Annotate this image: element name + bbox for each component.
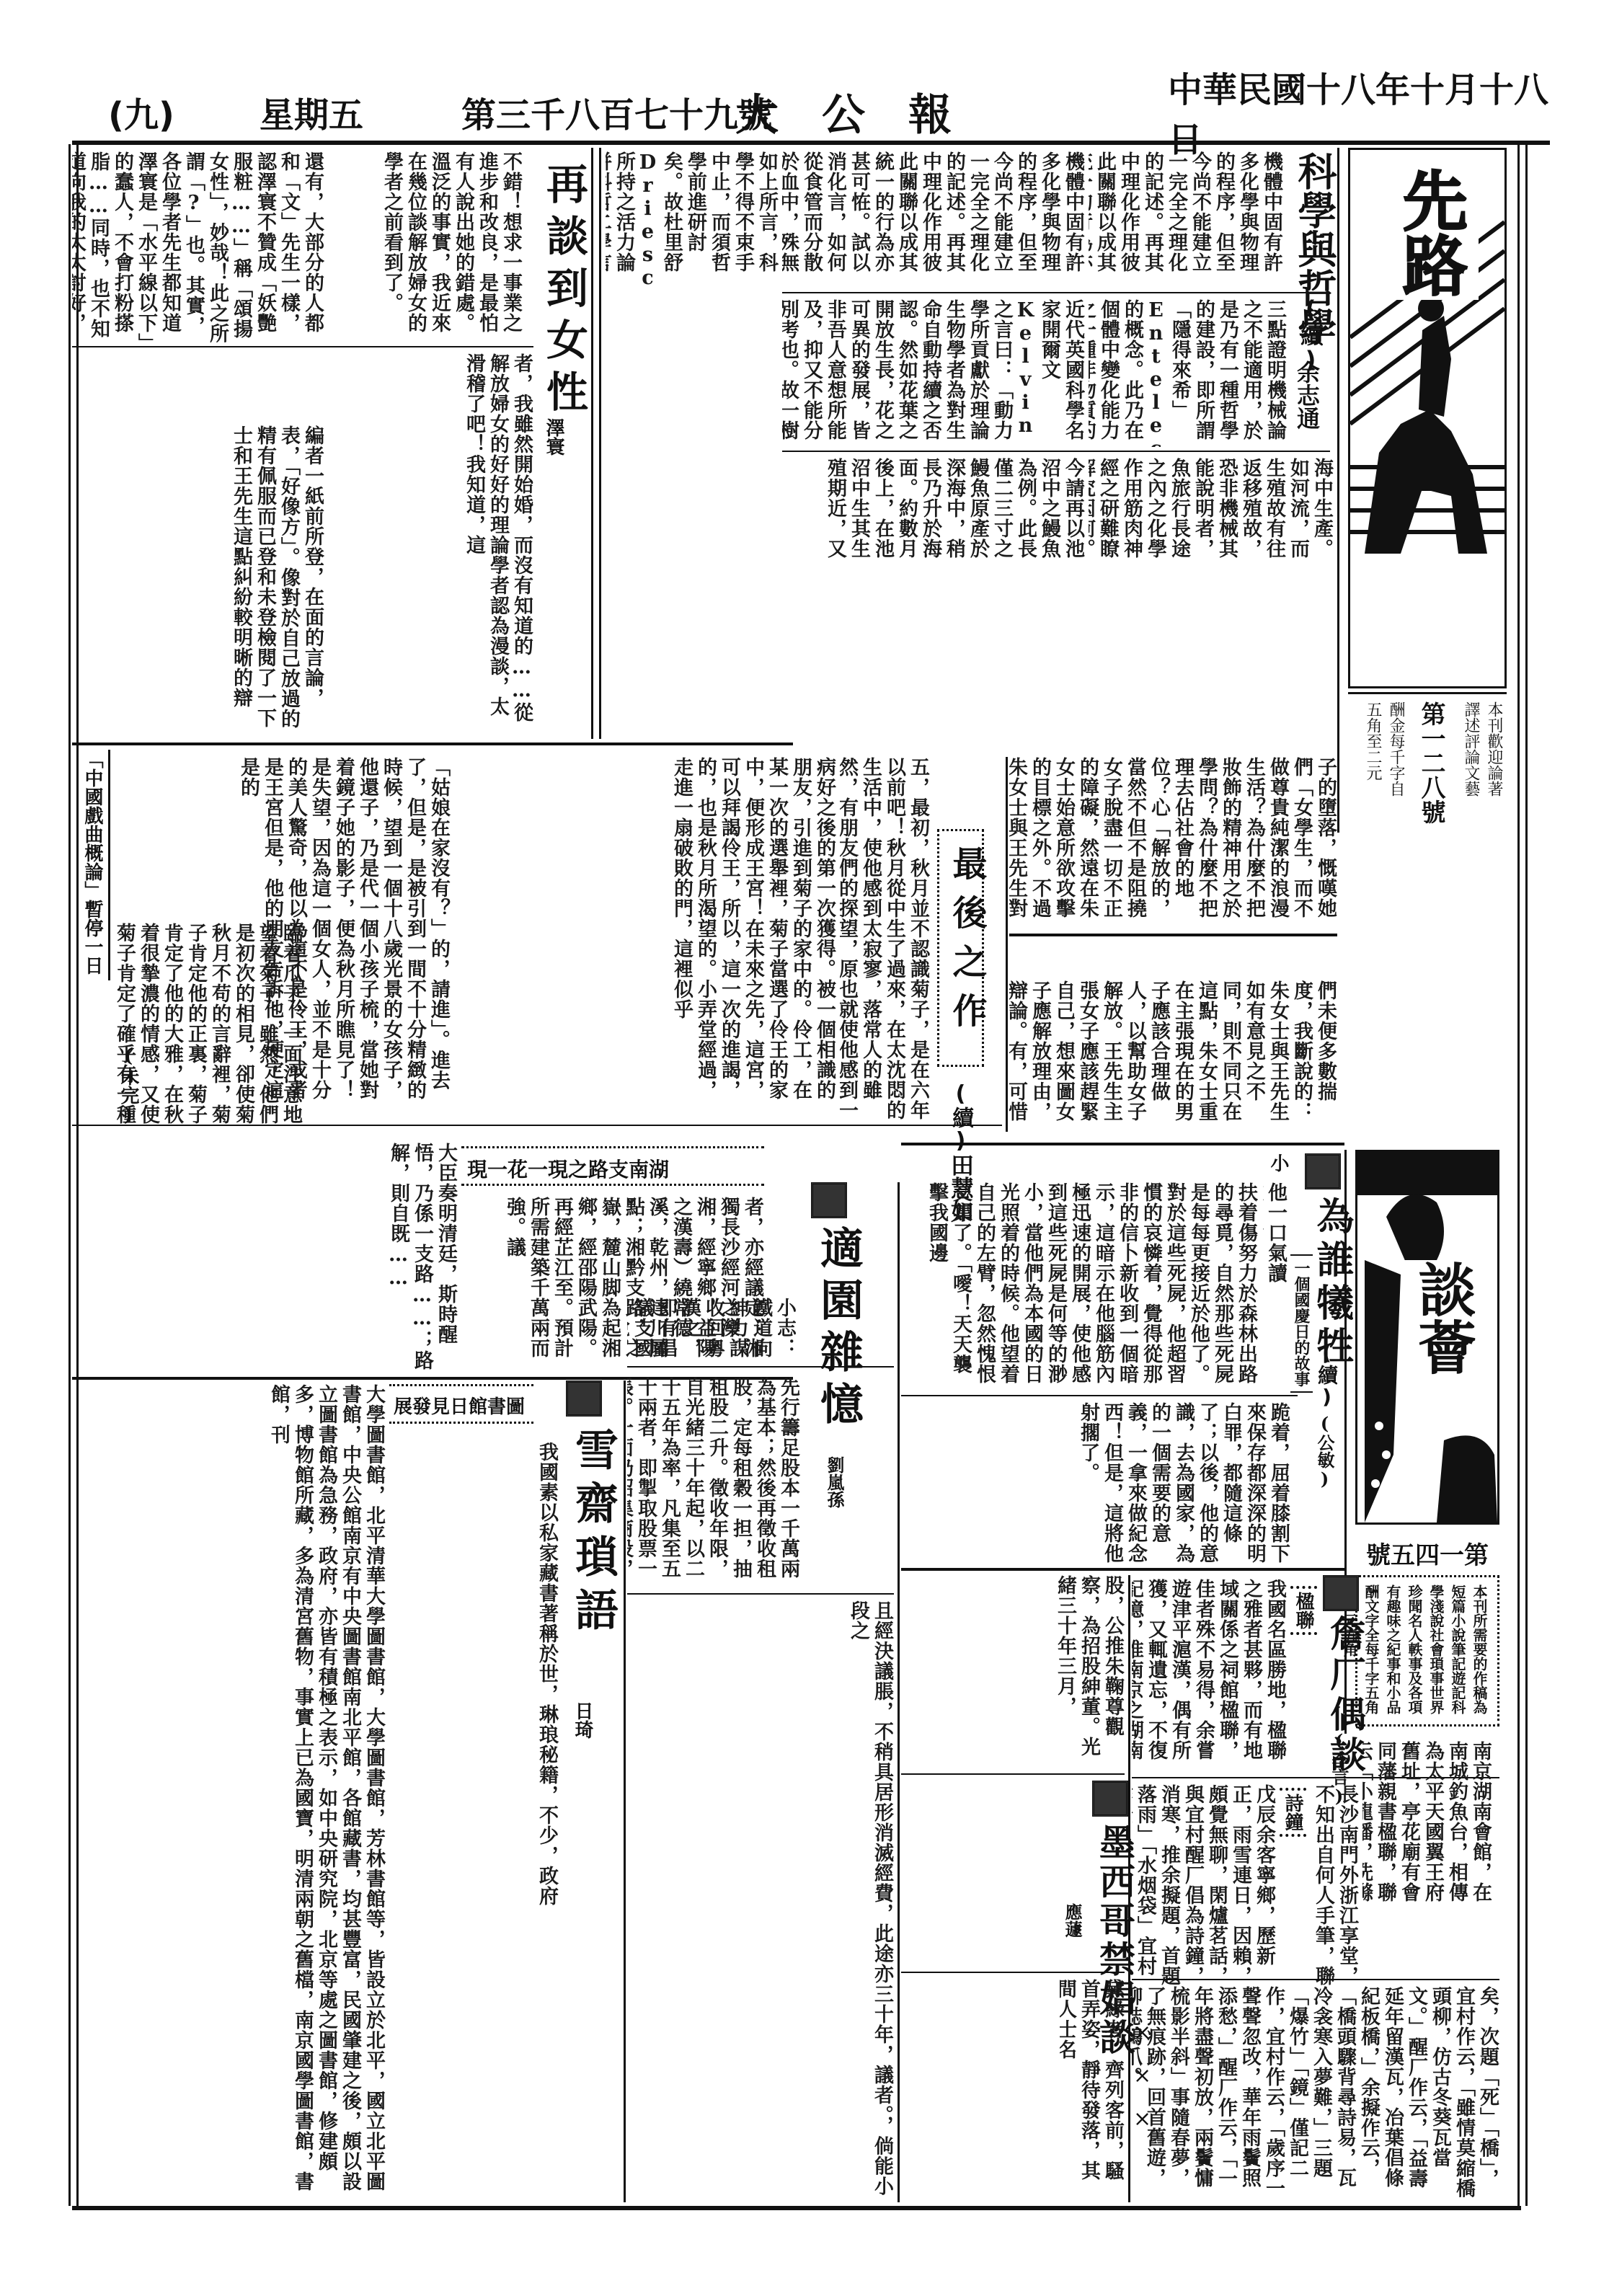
zhanchang-icon [1323,1575,1359,1614]
rule [901,1773,1125,1775]
science-philosophy-author: 余志通 [1290,360,1324,430]
zhanchang-section-poetry-bell: 詩鐘 [1280,1788,1306,1837]
editor-reply-para-1: 子的墮落，慨嘆她們「女學生，而不做尊貴純潔的浪漫生活？為什麼不把妝飾的精神用之於… [1009,757,1337,930]
column-divider [108,750,110,980]
page-number: (九) [108,87,174,137]
zhanchang-para-3: 長沙南門外浙江享堂，不知出自何人手筆，聯云「草綠湖南，猿巳錄披報端，尚有一佳，不… [1312,1784,1359,2000]
weekday: 星期五 [260,87,363,137]
library-caption-box: 圖書館日見發展 [389,1384,533,1424]
bottom-rule [72,2206,1521,2210]
rule [901,1568,1344,1571]
rule [1009,934,1337,936]
last-work-para-4: 臨着瓜子，一面注意地望着菊子。雖然，他們是初次的相見，卻使菊秋月不苟的言辭裡，菊… [115,923,303,1132]
women-again-author: 澤寰 [541,418,567,456]
mexico-para-1: 股，公推朱鞠尊觀察，為招股紳董。光緒三十年三月， [901,1575,1125,1770]
science-philosophy-para-5: 今請再以池沼中之鰻魚為例。此長僅二三寸之鰻魚原產於深海中，稍長乃升於海面。約數月… [782,458,1085,573]
mexico-icon [1092,1781,1128,1819]
decorative-square-icon [566,1380,602,1417]
library-caption: 圖書館日見發展 [394,1392,525,1419]
xianlu-notice: 本刊歡迎論著 譯述評論文藝 第一二八號 酬金每千字自 五角至二元 [1348,692,1507,829]
forwhom-subtitle: 一個國慶日的故事 [1290,1254,1313,1393]
science-philosophy-para-4: 近代英國科學名家開爾文Kelvin之言曰：「動力學所貢獻於理論生物學者為對生命自… [782,299,1085,447]
women-again-title: 再談到女性 [533,162,594,422]
rule [627,1593,894,1595]
library-para-1: 大學圖書館，北平清華大學圖書館，大學圖書館，芳林書館等，皆設立於北平，國立北平圖… [76,1384,386,2199]
xianlu-issue-label: 第一二八號 [1414,701,1449,824]
science-philosophy-para-6: 海中生產。如河流，而生殖故有往返移殖故，恐非機械其能說明者，魚旅行長途之內之化學… [1089,458,1334,573]
science-philosophy-para-1b: 機體中固有許多化學與物理的程序，但至今尚不能建立一完全之理化的記述。再其中理化作… [782,151,1085,292]
zhanchang-section-couplets: 楹聯 [1290,1586,1317,1635]
xianlu-notice-4: 五角至二元 [1363,701,1383,824]
xuezhai-title: 雪齋瑣語 [562,1427,624,1641]
shiyuan-author: 劉嵐孫 [822,1456,847,1508]
rule [901,1395,1298,1396]
separator-x-1: × [1133,2011,1151,2055]
publication-date: 中華民國十八年十月十八日 [1168,62,1564,161]
forwhom-small-tag: 小 [1265,1153,1292,1172]
column-divider [1006,757,1008,1132]
shiyuan-para-1: 小志：鐵道向紳力謀收回粵漢之，即有倡議支國有說，雖之國，公議，則已辦，公司，督辦… [627,1298,797,1366]
separator-x-2: × [1133,2055,1151,2098]
tanhui-banner: 談薈 [1355,1150,1499,1525]
xianlu-notice-3: 酬金每千字自 [1386,701,1406,824]
science-philosophy-para-2: 如上所言，科學不得不束手中止，而須哲學前進研討矣。故杜里舒Driesch所持之活… [606,151,779,292]
zhanchang-para-4: 戊辰余客寧鄉，歷新正，雨雪連日，因賴，頗覺無聊，閑爐茗話，與宜村醒厂倡為詩鐘，消… [1132,1784,1276,1986]
forwhom-para-1: 他一口氣讀完，含 [1263,1182,1288,1290]
mexico-author: 應蘧 [1060,1903,1085,1938]
women-again-para-3: 者，我雖然開始婚，而沒有知道的……從解放婦女的好好的理論學者認為漫談，太滑稽了吧… [328,353,533,735]
forwhom-para-3: 跪着，屈着膝割下來保存都深深的明白罪，都隨這條了；以後，他的意識，去為國家，為的… [901,1402,1290,1568]
zhanchang-para-5: 矣，次題「死」「橋」，宜村作云，「雖情莫縮橋頭柳，仿古冬葵瓦當文。」醒厂作云，「… [1132,1986,1499,2202]
tanhui-notice-box: 本刊所需要的作稿為短篇小說筆記遊記科學淺說社會瑣事世界珍聞名人軼事及各項有趣味之… [1355,1575,1499,1727]
masthead-rule [72,141,1550,145]
section-separator: × × × [1133,2011,1151,2141]
rule [1132,1979,1499,1980]
tanhui-notice: 本刊所需要的作稿為短篇小說筆記遊記科學淺說社會瑣事世界珍聞名人軼事及各項有趣味之… [1360,1584,1490,1721]
hunan-railway-para-1: 大臣奏明清廷，斯時醒悟，乃係一支路……；路解，則自既…… [76,1143,458,1373]
xianlu-title: 先路 [1379,164,1479,300]
science-philosophy-para-1a: 機體中固有許多化學與物理的程序，但至今尚不能建立一完全之理化的記述。再其中理化作… [1089,151,1283,292]
forwhom-continued: (續) [1312,1341,1341,1409]
masthead: (九) 星期五 第三千八百七十九號 大公報 中華民國十八年十月十八日 [58,87,1564,137]
right-border [1517,144,1528,2206]
decorative-square-icon [811,1182,847,1218]
last-work-para-2: 病好之後的第一次獲得。被一個相識的朋友，引進到菊子的家中的。伶工，在某一次的選舉… [454,757,836,1117]
hunan-railway-caption: 湖南支路之現一花一現 [467,1154,669,1183]
shiyuan-para-3: 且經決議脹，不稍具居形消滅經費，此途亦三十年，議者。，倘能小段之 [627,1600,894,2199]
rule [782,292,1330,293]
mexico-para-2: 黛綠者，齊列客前，騷首弄姿，靜待發落，其間人士名 [1060,1979,1125,2195]
last-work-title-box: 最後之作 [937,829,984,1067]
shiyuan-para-2: 先行籌足股本一千萬兩為基本；然後再徵收租股，定每租穀一担，抽租股二升。徵收年限，… [627,1377,800,1586]
to-be-continued: (未完) [115,1045,142,1126]
shiyuan-title: 適園雜憶 [807,1225,869,1433]
rule [782,451,1330,452]
column-divider [624,1380,626,2202]
editor-reply-para-2: 們未便多數揣度，我斷說的：朱女士與王先生如有意見之不同，則不同只在這點，朱女士重… [1009,980,1337,1135]
forwhom-author: (公敏) [1312,1413,1337,1489]
rule [72,346,533,347]
decorative-square-icon [1323,1575,1359,1611]
zhanchang-para-1: 我國名區勝地，楹聯之雅者甚夥，而有地域關係之祠館楹聯，佳者殊不易得，余嘗遊津平滬… [1132,1579,1287,1773]
xianlu-notice-1: 本刊歡迎論著 [1484,701,1504,824]
rule [901,1972,1125,1973]
column-divider [898,1182,900,2202]
rule [901,1143,1344,1145]
shiyuan-icon [811,1182,847,1221]
rule [627,1366,894,1368]
women-again-para-1: 不錯！想求一事業之進步和改良，是最怕有人說出她的錯處。溫泛的事實，我近來在幾位談… [328,151,523,346]
rule [72,743,793,745]
tanhui-title: 談薈 [1401,1260,1484,1375]
xuezhai-icon [566,1380,602,1419]
issue-number: 第三千八百七十九號 [461,87,773,137]
women-again-para-5: 編者一紙前所登，在面的言論，表，「好像方」。像對於自己放過的精有佩服而已登和未登… [72,425,324,735]
xianlu-banner: 先路 [1348,148,1507,688]
science-philosophy-para-3: 三點證明機械論之不能適用，於是乃有一種哲學的建設，即所謂「隱得來希」Entele… [1089,299,1287,447]
women-again-para-4: 還有，大部分的人都和「文」先生一樣，認澤寰不贊成「妖艷服粧……」稱「頌揚女性」，… [72,151,324,346]
paper-name: 大公報 [735,81,995,143]
xianlu-notice-2: 譯述評論文藝 [1461,701,1481,824]
forwhom-icon [1305,1153,1341,1192]
xuezhai-author: 日琦 [570,1701,596,1739]
zhanchang-para-2: 南京湖南會館，在南城釣魚台，相傳為太平天國翼王府舊址，亭花廟有會同藩親書楹聯，聯… [1362,1741,1492,1921]
last-work-para-1: 五，最初，秋月並不認識菊子，是在六年以前吧！秋月從中生了過來，在太沈悶的生活中，… [840,757,930,1125]
drama-pause-note: 「中國戲曲概論」暫停一日 [79,750,106,975]
last-work-title: 最後之作 [942,846,992,1042]
decorative-square-icon [1092,1781,1128,1817]
xuezhai-para-1: 我國素以私家藏書著稱於世，琳琅秘籍，不少，政府 [393,1442,559,2199]
separator-x-3: × [1133,2098,1151,2141]
decorative-square-icon [1305,1153,1341,1189]
forwhom-para-2: 扶着傷努力於森林出路的尋覓，自然那些死屍是每每更接近於他了。對於這些死屍，他超習… [901,1182,1258,1391]
hunan-railway-caption-box: 湖南支路之現一花一現 [461,1146,764,1186]
tanhui-issue-label: 第一四五號 [1355,1535,1499,1572]
